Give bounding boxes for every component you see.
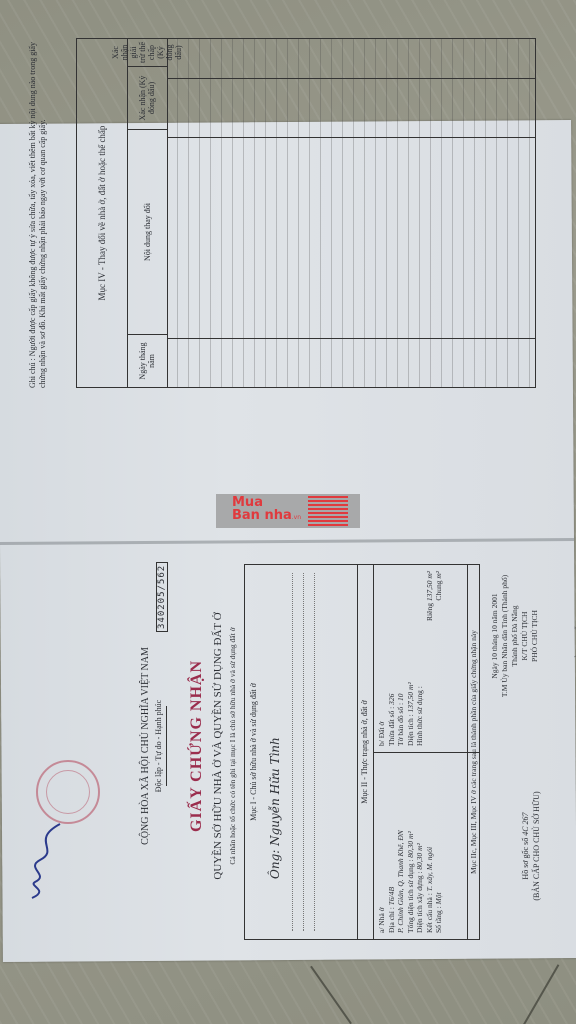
file-record: Hồ sơ gốc số 4C 267 (BẢN CẤP CHO CHỦ SỞ … xyxy=(520,746,542,946)
owner-name: Ông: Nguyễn Hữu Tình xyxy=(268,565,282,879)
section-2-title: Mục II - Thực trạng nhà ở, đất ở xyxy=(357,565,374,939)
header-underline xyxy=(166,706,167,786)
certificate-front-page: CỘNG HÒA XÃ HỘI CHỦ NGHĨA VIỆT NAM Độc l… xyxy=(140,546,576,946)
col-content: Nội dung thay đổi xyxy=(127,129,167,334)
sections-frame: Mục I - Chủ sở hữu nhà ở và sử dụng đất … xyxy=(244,564,480,940)
section-4-body xyxy=(167,39,535,387)
col-date: Ngày tháng năm xyxy=(127,334,167,387)
footer-note: Mục IIc, Mục III, Mục IV ở các trang sau… xyxy=(467,565,480,939)
section-1: Mục I - Chủ sở hữu nhà ở và sử dụng đất … xyxy=(245,565,358,939)
serial-number: 340205/562 xyxy=(156,562,168,632)
section-1-title: Mục I - Chủ sở hữu nhà ở và sử dụng đất … xyxy=(249,565,258,939)
official-stamp-icon xyxy=(36,760,100,824)
section-4-page: Ghi chú : Người được cấp giấy không được… xyxy=(28,38,540,388)
building-icon xyxy=(308,496,348,526)
paper-fold xyxy=(0,538,574,545)
certificate-title: GIẤY CHỨNG NHẬN xyxy=(188,546,206,946)
house-info: a/ Nhà ở Địa chỉ : T6/4B P. Chính Gián, … xyxy=(373,752,479,939)
signature-icon xyxy=(20,820,66,900)
certificate-subtitle: QUYỀN SỞ HỮU NHÀ Ở VÀ QUYỀN SỬ DỤNG ĐẤT … xyxy=(212,546,224,946)
section-4-header: Ngày tháng năm Nội dung thay đổi Xác nhậ… xyxy=(127,39,168,387)
col-release: Xác nhận giải trừ thế chấp (Ký đóng dấu) xyxy=(127,39,167,66)
watermark-logo: Mua Ban nha.vn xyxy=(216,494,360,528)
note-text: Ghi chú : Người được cấp giấy không được… xyxy=(28,28,48,388)
country-header: CỘNG HÒA XÃ HỘI CHỦ NGHĨA VIỆT NAM xyxy=(140,546,151,946)
signature-block: Ngày 10 tháng 10 năm 2001 T.M Ủy ban Nhâ… xyxy=(490,546,576,726)
land-info: b/ Đất ở Thửa đất số : 326 Tờ bản đồ số … xyxy=(373,565,479,752)
section-4-title: Mục IV - Thay đổi về nhà ở, đất ở hoặc t… xyxy=(77,39,128,387)
section-4-table: Mục IV - Thay đổi về nhà ở, đất ở hoặc t… xyxy=(76,38,536,388)
intro-text: Cá nhân hoặc tổ chức có tên ghi tại mục … xyxy=(228,546,237,946)
col-confirm: Xác nhận (Ký đóng dấu) xyxy=(127,66,167,129)
